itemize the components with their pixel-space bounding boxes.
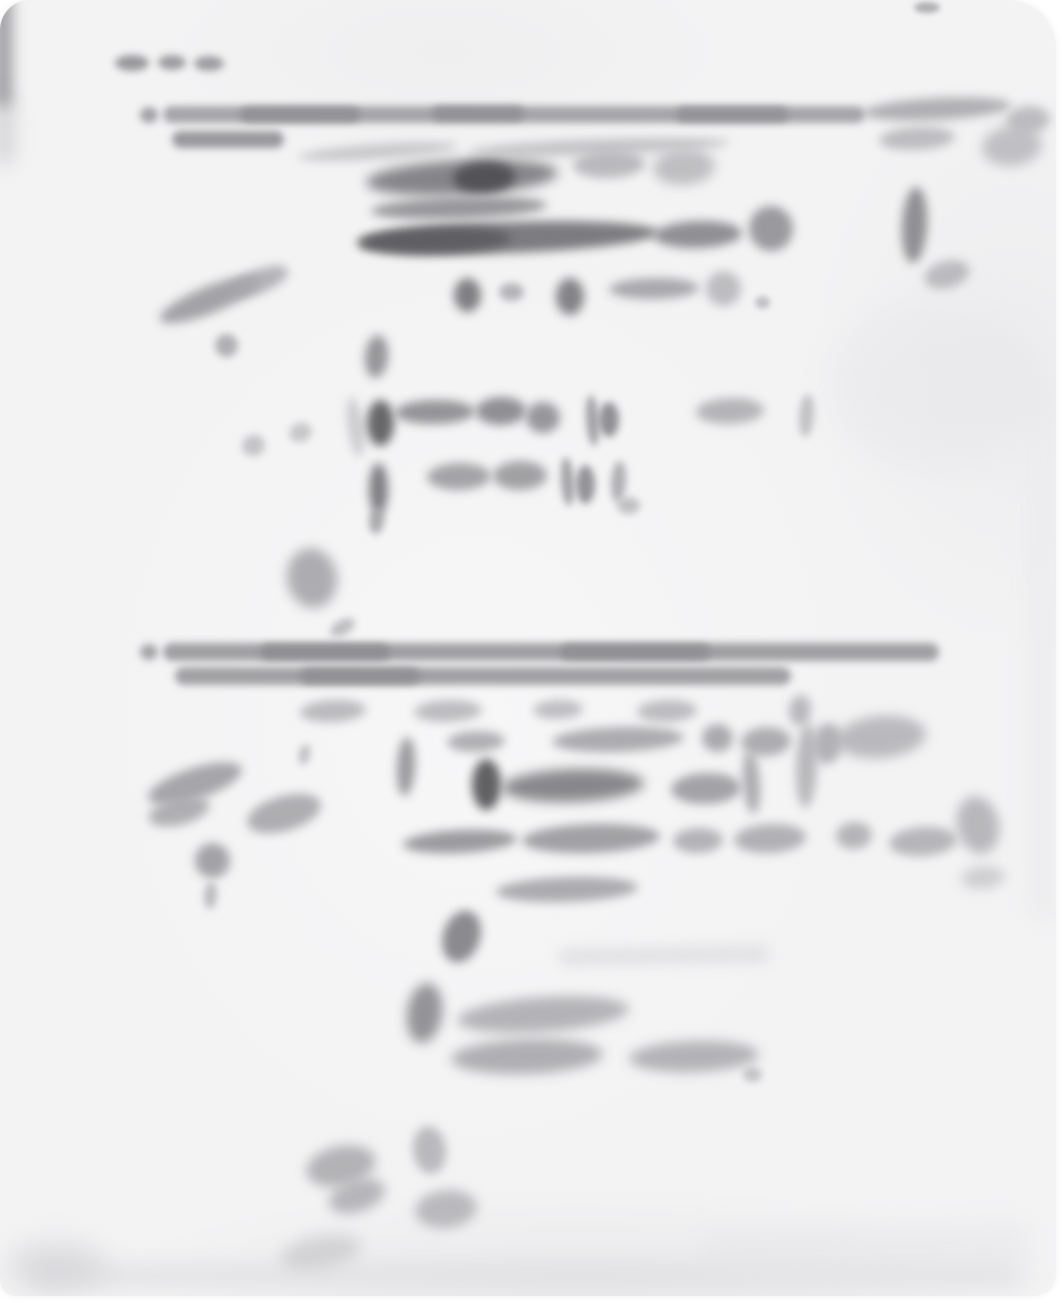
work1-row1-paren-pair	[573, 150, 646, 179]
work1-right-fraction-stroke	[900, 186, 929, 263]
work1-row3-underlined-line	[357, 217, 660, 259]
formula1-q-left	[454, 278, 481, 312]
bottom-scribble-2	[324, 1172, 389, 1220]
work1-row3-right-handwriting	[746, 203, 796, 254]
work1-row1-dark-blob	[452, 160, 516, 194]
margin1-speck-b	[286, 420, 314, 446]
formula1-word	[609, 277, 699, 300]
work1-row3-dark-left	[359, 224, 512, 256]
header-note-word-1	[115, 55, 149, 71]
margin2-slanted-note-c	[243, 786, 326, 841]
work2-row1-seg-b	[414, 699, 483, 723]
left-edge-shadow	[0, 0, 12, 108]
formulablock-line1-q	[599, 402, 619, 437]
work2-row1-tick	[788, 694, 813, 727]
formulablock-line2-subscript	[617, 497, 640, 514]
question-2-text-line-1	[163, 643, 939, 661]
question-1-text-line-1	[163, 106, 865, 123]
formulablock-line2-word-2	[493, 461, 547, 491]
bottom-faint-tail	[278, 1229, 364, 1275]
question-2-text-line-2	[175, 667, 791, 685]
bottom-line-2-subscript	[743, 1067, 762, 1082]
question-1-text-line-1-seg-c	[676, 107, 788, 122]
work1-pre-row-light	[298, 138, 459, 164]
work2-row1-seg-a	[299, 698, 366, 723]
question-2-text-line-1-seg-a	[260, 644, 390, 660]
formulablock-line1-word-3	[526, 402, 560, 433]
question-1-text-line-2	[172, 131, 284, 148]
formulablock-line2-brace	[369, 463, 388, 515]
margin1-slanted-note-a	[155, 267, 265, 332]
margin1-speck-a	[239, 432, 268, 460]
work2-row2-seg-a	[447, 730, 506, 753]
work2-row3-paren-1	[741, 750, 762, 814]
work2-row4-seg-d	[733, 822, 806, 855]
question-1-margin-handwriting	[863, 94, 1012, 124]
formula1-equals-dash	[499, 283, 524, 301]
work2-row4-seg-e	[835, 820, 873, 850]
work1-right-light-marks-a	[878, 125, 955, 152]
work2-cos-line	[496, 875, 639, 905]
work2-row3-dark-blob	[472, 759, 501, 810]
question-1-number	[140, 107, 158, 123]
work2-row1-seg-d	[637, 699, 698, 723]
formulablock-line1-word-1	[395, 399, 475, 424]
work2-left-apostrophe	[297, 743, 312, 766]
work2-row1-right-cluster	[834, 712, 927, 762]
work2-row2-seg-d	[740, 726, 791, 758]
formulablock-line1-dark-start	[367, 400, 394, 446]
work2-row4-seg-b	[522, 822, 661, 856]
work2-row1-seg-c	[533, 699, 584, 720]
work2-row3-right	[670, 772, 741, 805]
formula1-q-right	[556, 278, 584, 315]
work2-row4-diagonal-fraction	[951, 792, 1004, 857]
work2-vertical-stroke	[395, 737, 416, 797]
formulablock-left-paren-faint	[344, 396, 367, 458]
wash-bottom-right-streak	[699, 1222, 1031, 1283]
bottom-brace	[403, 981, 446, 1045]
work1-row0-light	[468, 134, 730, 159]
margin1-small-mark	[212, 331, 240, 359]
bottom-line-2a	[450, 1036, 603, 1076]
formulablock-line2-word-1	[427, 462, 491, 490]
formula1-circle	[706, 271, 741, 306]
formulablock-line2-q	[576, 465, 595, 504]
work1-row1-right-marks	[652, 147, 716, 187]
header-note-word-3	[194, 56, 224, 71]
question-2-text-line-1-seg-b	[560, 644, 710, 660]
bottom-fraction-mark	[411, 1124, 449, 1175]
formulablock-line1-and	[696, 397, 765, 425]
top-right-tiny-mark	[914, 2, 940, 13]
margin2-slanted-note-b	[146, 791, 213, 832]
work2-row2-seg-e	[811, 722, 843, 765]
question-2-text-line-2-seg-a	[300, 668, 420, 684]
question-1-margin-handwriting-tail	[1005, 104, 1052, 136]
wash-right-cloud	[830, 300, 1050, 470]
margin1-slanted-note-b	[226, 259, 292, 304]
work2-row2-seg-b	[552, 725, 685, 755]
bottom-mu-mark	[413, 1187, 479, 1231]
ink-layer	[0, 0, 1056, 1296]
wash-right-mid	[1026, 380, 1056, 920]
header-note-word-2	[158, 55, 186, 70]
margin2-slanted-note-a	[144, 754, 247, 814]
formula1-subscript	[755, 296, 770, 309]
left-edge-shadow-fade	[0, 95, 12, 165]
work2-row4-seg-f	[888, 825, 958, 859]
work2-row4-seg-c	[673, 827, 724, 854]
formulablock-line1-word-2	[476, 397, 526, 426]
margin2-dash	[203, 882, 218, 910]
formulablock-line1-right-paren	[798, 394, 816, 438]
question-2-tick-above	[327, 614, 358, 640]
bottom-two-diagonal	[436, 906, 488, 968]
margin2-two-mark	[193, 841, 233, 881]
bottom-scribble-1	[303, 1139, 380, 1193]
work1-right-light-marks-b	[980, 123, 1044, 169]
scanned-document-page	[0, 0, 1056, 1296]
bottom-faint-row	[558, 945, 770, 966]
work2-row4-seg-a	[402, 827, 517, 856]
formulablock-line1-paren	[584, 395, 601, 447]
formulablock-brace-descender	[368, 507, 386, 534]
wash-bottom-left-corner	[6, 1242, 106, 1290]
question-2-number	[140, 644, 158, 660]
work2-row4-faint-blob	[960, 864, 1006, 891]
work2-row2-seg-c	[702, 724, 733, 752]
work2-row3-paren-2	[795, 723, 819, 809]
brace-mark-1	[363, 334, 390, 379]
formulablock-line2-tail	[610, 461, 628, 503]
formulablock-line2-paren	[559, 457, 575, 507]
work1-row2	[371, 194, 548, 222]
wash-bottom-band	[30, 1262, 1020, 1288]
work1-row1-cluster	[365, 155, 559, 200]
work1-right-fraction-foot	[921, 256, 972, 294]
bottom-line-2b	[628, 1039, 759, 1075]
question-1-text-line-1-seg-b	[432, 106, 524, 121]
work1-row3-tail-14	[654, 219, 743, 249]
y-flourish-mark	[282, 544, 342, 612]
question-1-text-line-1-seg-a	[240, 107, 360, 122]
bottom-line-1	[456, 991, 630, 1038]
work2-row3-mid	[501, 767, 644, 805]
